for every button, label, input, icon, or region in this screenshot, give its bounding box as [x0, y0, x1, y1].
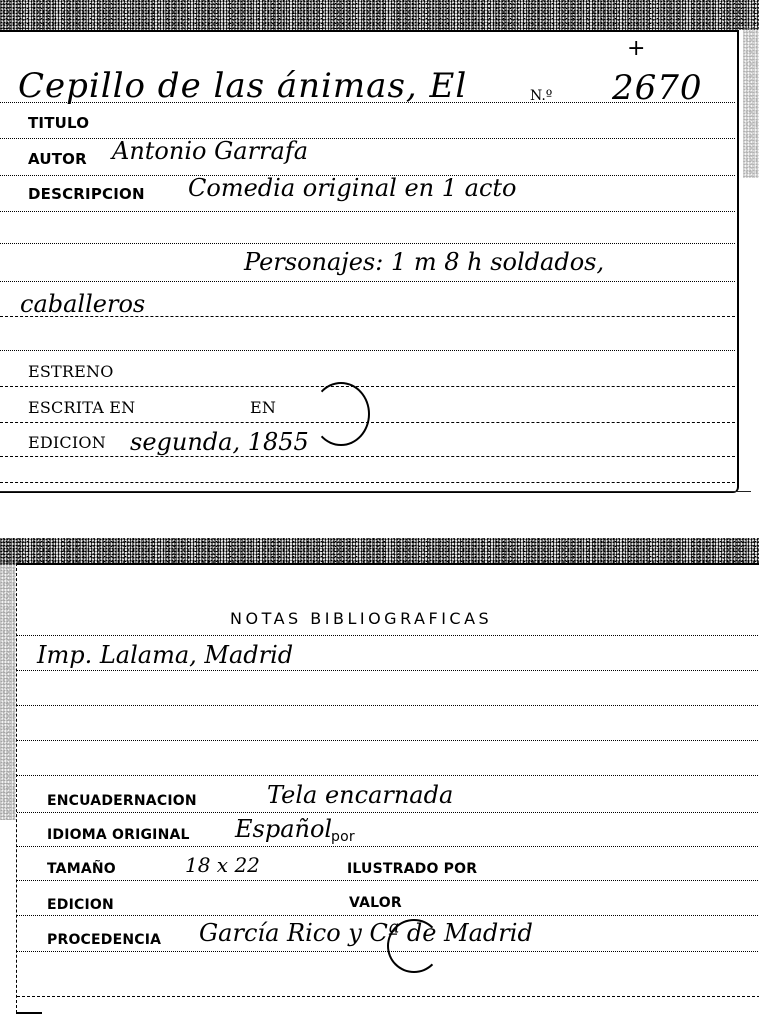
scan-edge-middle [0, 538, 759, 565]
catalog-card-back: NOTAS BIBLIOGRAFICAS Imp. Lalama, Madrid… [16, 563, 759, 1013]
personajes-value: Personajes: 1 m 8 h soldados, [244, 248, 604, 276]
encuadernacion-rule [17, 812, 759, 813]
card-top-border [17, 563, 759, 565]
blank-rule-1 [17, 705, 759, 706]
edicion-value: segunda, 1855 [130, 428, 309, 456]
catalog-card-front: + Cepillo de las ánimas, El N.º 2670 TIT… [0, 30, 739, 493]
bottom-rule [0, 482, 735, 483]
scan-edge-right [743, 28, 759, 178]
titulo-label: TITULO [28, 114, 89, 132]
punch-hole-mark [312, 382, 370, 446]
blank-rule-1 [0, 243, 735, 244]
estreno-rule [0, 386, 735, 387]
edicion-rule [0, 456, 735, 457]
descripcion-label: DESCRIPCION [28, 185, 145, 203]
idioma-value: Español [235, 815, 332, 843]
idioma-label: IDIOMA ORIGINAL [47, 827, 190, 843]
valor-label: VALOR [349, 895, 402, 911]
encuadernacion-value: Tela encarnada [267, 781, 453, 809]
personajes-continuation: caballeros [20, 290, 145, 318]
tamano-label: TAMAÑO [47, 861, 116, 877]
card-back-corner [16, 1012, 42, 1014]
card-top-border [0, 30, 739, 32]
continuation-rule [0, 316, 735, 317]
en-label: EN [250, 398, 276, 417]
descripcion-rule [0, 211, 735, 212]
escrita-en-label: ESCRITA EN [28, 398, 135, 417]
estreno-label: ESTRENO [28, 362, 114, 381]
procedencia-label: PROCEDENCIA [47, 932, 161, 948]
blank-rule-2 [0, 350, 735, 351]
tamano-rule [17, 880, 759, 881]
notes-rule [17, 670, 759, 671]
blank-rule-2 [17, 740, 759, 741]
blank-rule-3 [17, 775, 759, 776]
scan-edge-left [0, 560, 16, 820]
autor-value: Antonio Garrafa [112, 137, 308, 165]
por-label: por [331, 829, 355, 845]
tamano-value: 18 x 22 [185, 853, 260, 877]
edicion-label: EDICION [47, 897, 114, 913]
edicion-label: EDICION [28, 433, 106, 452]
idioma-rule [17, 846, 759, 847]
scan-edge-top [0, 0, 759, 30]
corner-mark: + [627, 36, 645, 61]
notas-heading: NOTAS BIBLIOGRAFICAS [230, 609, 492, 628]
bottom-rule [17, 996, 759, 997]
edicion-rule [17, 915, 759, 916]
card-front-outline [0, 491, 751, 492]
title-value: Cepillo de las ánimas, El [18, 66, 467, 106]
personajes-rule [0, 281, 735, 282]
procedencia-value: García Rico y Cª de Madrid [199, 919, 533, 947]
encuadernacion-label: ENCUADERNACION [47, 793, 197, 809]
autor-label: AUTOR [28, 150, 87, 168]
title-rule [0, 102, 735, 103]
notas-value: Imp. Lalama, Madrid [37, 641, 293, 669]
descripcion-value: Comedia original en 1 acto [188, 174, 517, 202]
ilustrado-label: ILUSTRADO POR [347, 861, 477, 877]
titulo-rule [0, 138, 735, 139]
punch-hole-mark [387, 919, 441, 973]
heading-rule [17, 635, 759, 636]
